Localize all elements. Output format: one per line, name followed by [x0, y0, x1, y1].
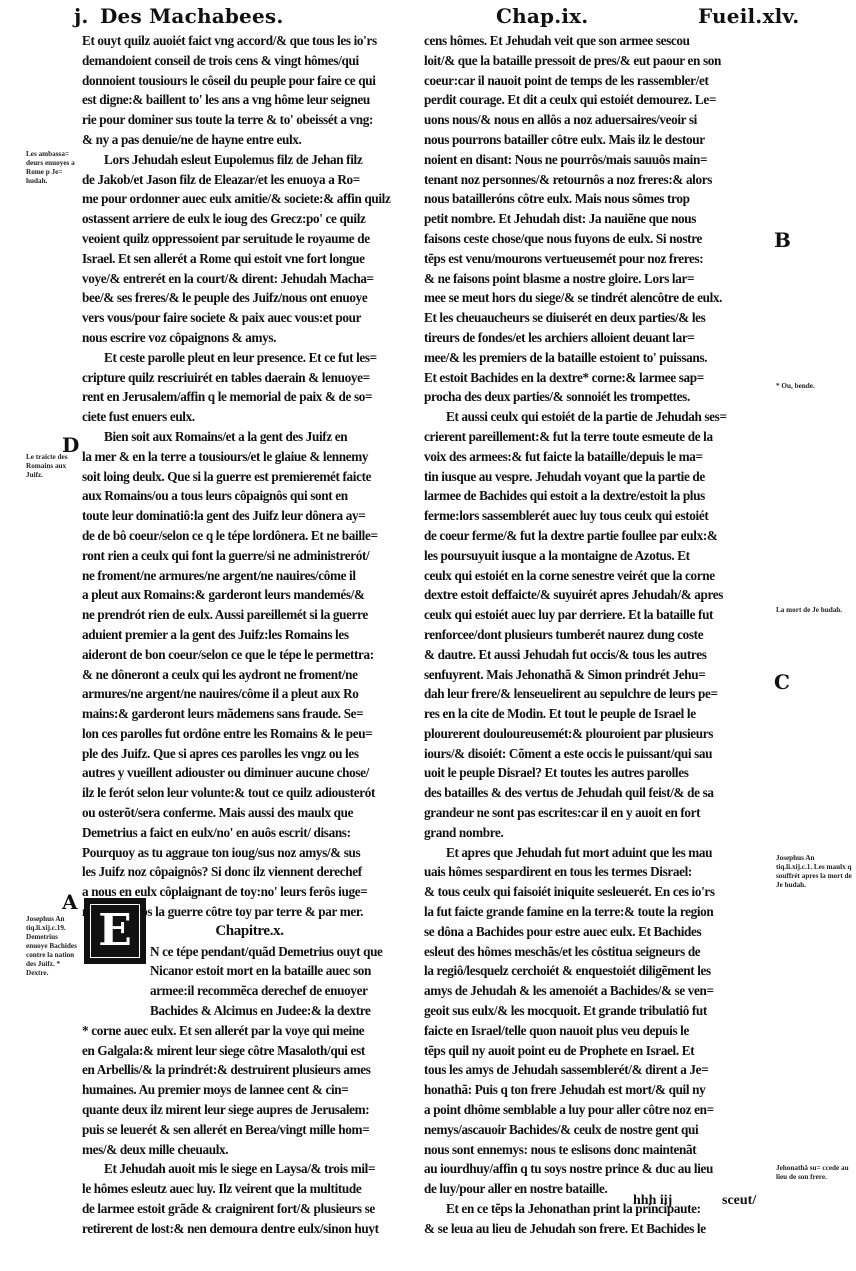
running-header: j. Des Machabees. Chap.ix. Fueil.xlv. [0, 0, 856, 30]
text-line: aduient premier a la gent des Juifz:les … [82, 625, 417, 645]
text-line: mee/& les premiers de la bataille estoie… [424, 348, 769, 368]
text-line: amys de Jehudah & les amenoiét a Bachide… [424, 981, 769, 1001]
initial-frame: E [90, 904, 140, 958]
text-line: des batailles & des vertus de Jehudah qu… [424, 783, 769, 803]
text-line: petit nombre. Et Jehudah dist: Ja nauiẽn… [424, 209, 769, 229]
text-line: perdit courage. Et dit a ceulx qui estoi… [424, 90, 769, 110]
text-line: Nicanor estoit mort en la bataille auec … [82, 961, 417, 981]
text-line: Israel. Et sen allerét a Rome qui estoit… [82, 249, 417, 269]
text-line: aideront de bon coeur/selon ce que le té… [82, 645, 417, 665]
margin-note-dextre-note: * Ou, bende. [776, 382, 852, 391]
text-line: senfuyrent. Mais Jehonathã & Simon prind… [424, 665, 769, 685]
text-line: ne froment/ne armures/ne argent/ne nauir… [82, 566, 417, 586]
text-line: & se leua au lieu de Jehudah son frere. … [424, 1219, 769, 1239]
text-line: tẽps est venu/mourons vertueusemét pour … [424, 249, 769, 269]
text-line: mes/& deux mille cheuaulx. [82, 1140, 417, 1160]
text-line: Et aussi ceulx qui estoiét de la partie … [424, 407, 769, 427]
text-line: Et les cheuaucheurs se diuiserét en deux… [424, 308, 769, 328]
text-line: Et en ce tẽps la Jehonathan print la pri… [424, 1199, 769, 1219]
text-line: & ny a pas denuie/ne de hayne entre eulx… [82, 130, 417, 150]
margin-section-letter-b: B [774, 228, 791, 252]
text-line: ferme:lors sassemblerét auec luy tous ce… [424, 506, 769, 526]
text-line: tireurs de fondes/et les archiers alloie… [424, 328, 769, 348]
text-line: Et estoit Bachides en la dextre* corne:&… [424, 368, 769, 388]
text-line: veoient quilz oppressoient par seruitude… [82, 229, 417, 249]
text-line: nemys/ascauoir Bachides/& ceulx de nostr… [424, 1120, 769, 1140]
text-line: ple des Juifz. Que si apres ces parolles… [82, 744, 417, 764]
text-line: Bachides & Alcimus en Judee:& la dextre [82, 1001, 417, 1021]
text-line: est digne:& baillent to' les ans a vng h… [82, 90, 417, 110]
text-line: ou osterõt/sera conferme. Mais aussi des… [82, 803, 417, 823]
text-line: donnoient tousiours le côseil du peuple … [82, 71, 417, 91]
text-line: nous sont ennemys: nous te eslisons donc… [424, 1140, 769, 1160]
text-line: & ne faisons point blasme a nostre gloir… [424, 269, 769, 289]
text-line: esleut des hômes meschãs/et les côstitua… [424, 942, 769, 962]
text-line: bee/& ses freres/& le peuple des Juifz/n… [82, 288, 417, 308]
text-line: uoit le peuple Disrael? Et toutes les au… [424, 763, 769, 783]
text-line: puis se leuerét & sen allerét en Berea/v… [82, 1120, 417, 1140]
text-line: de luy/pour aller en nostre bataille. [424, 1179, 769, 1199]
text-line: au iourdhuy/affin q tu soys nostre princ… [424, 1159, 769, 1179]
text-line: & tous ceulx qui faisoiét iniquite sesle… [424, 882, 769, 902]
text-line: lon ces parolles fut ordône entre les Ro… [82, 724, 417, 744]
text-line: autres y vueillent adiouster ou diminuer… [82, 763, 417, 783]
catchword: sceut/ [722, 1193, 756, 1209]
text-line: voye/& entrerét en la court/& dirent: Je… [82, 269, 417, 289]
text-line: noient en disant: Nous ne pourrôs/mais s… [424, 150, 769, 170]
margin-note-romans-aid: Le traicte des Romains aux Juifz. [26, 453, 80, 480]
text-line: nous pourrons batailler côtre eulx. Mais… [424, 130, 769, 150]
text-line: ne prendrót rien de eulx. Aussi pareille… [82, 605, 417, 625]
text-line: nous batailleróns côtre eulx. Mais nous … [424, 189, 769, 209]
decorated-initial: E [84, 898, 146, 964]
text-line: ront rien a ceulx qui font la guerre/si … [82, 546, 417, 566]
text-line: armures/ne argent/ne nauires/côme il a p… [82, 684, 417, 704]
text-line: aux Romains/ou a tous leurs côpaignôs qu… [82, 486, 417, 506]
left-text-column: Et ouyt quilz auoiét faict vng accord/& … [82, 31, 417, 1239]
text-line: faisons ceste chose/que nous fuyons de e… [424, 229, 769, 249]
text-line: renforcee/dont plusieurs tumberét naurez… [424, 625, 769, 645]
text-line: honathã: Puis q ton frere Jehudah est mo… [424, 1080, 769, 1100]
text-line: coeur:car il nauoit point de temps de le… [424, 71, 769, 91]
book-title: Des Machabees. [100, 4, 284, 28]
text-line: le hômes esleutz auec luy. Ilz veirent q… [82, 1179, 417, 1199]
text-line: a point dhôme semblable a luy pour aller… [424, 1100, 769, 1120]
text-line: tin iusque au vespre. Jehudah voyant que… [424, 467, 769, 487]
text-line: me pour ordonner auec eulx amitie/& soci… [82, 189, 417, 209]
text-line: armee:il recommẽca derechef de enuoyer [82, 981, 417, 1001]
text-line: la regiô/lesquelz cerchoiét & enquestoié… [424, 961, 769, 981]
folio-number: Fueil.xlv. [698, 4, 799, 28]
text-line: soit loing deulx. Que si la guerre est p… [82, 467, 417, 487]
text-line: de coeur ferme/& fut la dextre partie fo… [424, 526, 769, 546]
text-line: en Arbellis/& la prindrét:& destruirent … [82, 1060, 417, 1080]
text-line: humaines. Au premier moys de lannee cent… [82, 1080, 417, 1100]
margin-note-ambassadors: Les ambassa= deurs enuoyes a Rome p Je= … [26, 150, 80, 186]
signature-mark: hhh iij [633, 1193, 672, 1209]
text-line: en Galgala:& mirent leur siege côtre Mas… [82, 1041, 417, 1061]
text-line: les poursuyuit iusque a la montaigne de … [424, 546, 769, 566]
margin-note-josephus-mauls: Josephus An tiq.li.xij.c.1. Les maulx q … [776, 854, 852, 890]
text-line: les Juifz noz côpaignôs? Si donc ilz vie… [82, 862, 417, 882]
text-line: Et ceste parolle pleut en leur presence.… [82, 348, 417, 368]
text-line: grandeur ne sont pas escrites:car il en … [424, 803, 769, 823]
text-line: a pleut aux Romains:& garderont leurs ma… [82, 585, 417, 605]
text-line: se dôna a Bachides pour estre auec eulx.… [424, 922, 769, 942]
margin-note-josephus-ant: Josephus An tiq.li.xij.c.19. Demetrius e… [26, 915, 80, 978]
text-line: mee se meut hors du siege/& se tindrét a… [424, 288, 769, 308]
text-line: quante deux ilz mirent leur siege aupres… [82, 1100, 417, 1120]
book-number: j. [74, 4, 89, 28]
text-line: nous escrire voz côpaignons & amys. [82, 328, 417, 348]
margin-note-mort-jehudah: La mort de Je hudah. [776, 606, 852, 615]
text-line: plourerent douloureusemét:& plouroient p… [424, 724, 769, 744]
margin-section-letter-c: C [774, 670, 790, 694]
text-line: Demetrius a faict en eulx/no' en auôs es… [82, 823, 417, 843]
text-line: cripture quilz rescriuirét en tables dae… [82, 368, 417, 388]
text-line: tẽps quil ny auoit point eu de Prophete … [424, 1041, 769, 1061]
text-line: uons nous/& nous en allôs a noz aduersai… [424, 110, 769, 130]
text-line: & ne dôneront a ceulx qui les aydront ne… [82, 665, 417, 685]
text-line: Et ouyt quilz auoiét faict vng accord/& … [82, 31, 417, 51]
text-line: res en la cite de Modin. Et tout le peup… [424, 704, 769, 724]
margin-note-jehonathan: Jehonathã su= ccede au lieu de son frere… [776, 1164, 852, 1182]
text-line: demandoient conseil de trois cens & ving… [82, 51, 417, 71]
text-line: la fut faicte grande famine en la terre:… [424, 902, 769, 922]
text-line: dextre estoit deffaicte/& suyuirét apres… [424, 585, 769, 605]
text-line: ceulx qui estoiét en la corne senestre v… [424, 566, 769, 586]
text-line: rie pour dominer sus toute la terre & to… [82, 110, 417, 130]
text-line: retirerent de lost:& nen demoura dentre … [82, 1219, 417, 1239]
text-line: * corne auec eulx. Et sen allerét par la… [82, 1021, 417, 1041]
text-line: ceulx qui estoiét auec luy par derriere.… [424, 605, 769, 625]
text-line: & dautre. Et aussi Jehudah fut occis/& t… [424, 645, 769, 665]
text-line: de de bô coeur/selon ce q le tépe lordôn… [82, 526, 417, 546]
text-line: dah leur frere/& lenseuelirent au sepulc… [424, 684, 769, 704]
text-line: la mer & en la terre a tousiours/et le g… [82, 447, 417, 467]
initial-letter: E [98, 909, 132, 953]
text-line: mains:& garderont leurs mãdemens sans fr… [82, 704, 417, 724]
text-line: iours/& disoiét: Cõment a este occis le … [424, 744, 769, 764]
right-text-column: cens hômes. Et Jehudah veit que son arme… [424, 31, 769, 1239]
text-line: loit/& que la bataille pressoit de pres/… [424, 51, 769, 71]
text-line: uais hômes sespardirent en tous les term… [424, 862, 769, 882]
text-line: grand nombre. [424, 823, 769, 843]
chapter-label: Chap.ix. [496, 4, 588, 28]
text-line: procha des deux parties/& sonnoiét les t… [424, 387, 769, 407]
text-line: larmee de Bachides qui estoit a la dextr… [424, 486, 769, 506]
text-line: vers vous/pour faire societe & paix auec… [82, 308, 417, 328]
margin-section-letter-a: A [62, 890, 78, 914]
text-line: Et Jehudah auoit mis le siege en Laysa/&… [82, 1159, 417, 1179]
text-line: ciete fust enuers eulx. [82, 407, 417, 427]
text-line: ostassent arriere de eulx le ioug des Gr… [82, 209, 417, 229]
text-line: ilz le ferót selon leur volunte:& tout c… [82, 783, 417, 803]
text-line: Pourquoy as tu aggraue ton ioug/sus noz … [82, 843, 417, 863]
text-line: tous les amys de Jehudah sassemblerét/& … [424, 1060, 769, 1080]
text-line: rent en Jerusalem/affin q le memorial de… [82, 387, 417, 407]
text-line: tenant noz personnes/& retournôs a noz f… [424, 170, 769, 190]
text-line: geoit sus eulx/& les mocquoit. Et grande… [424, 1001, 769, 1021]
text-line: Bien soit aux Romains/et a la gent des J… [82, 427, 417, 447]
text-line: cens hômes. Et Jehudah veit que son arme… [424, 31, 769, 51]
text-line: toute leur dominatiô:la gent des Juifz l… [82, 506, 417, 526]
text-line: de Jakob/et Jason filz de Eleazar/et les… [82, 170, 417, 190]
text-line: voix des armees:& fut faicte la bataille… [424, 447, 769, 467]
text-line: Lors Jehudah esleut Eupolemus filz de Je… [82, 150, 417, 170]
text-line: de larmee estoit grãde & craignirent for… [82, 1199, 417, 1219]
text-line: faicte en Israel/telle quon nauoit plus … [424, 1021, 769, 1041]
text-line: Et apres que Jehudah fut mort aduint que… [424, 843, 769, 863]
text-line: crierent pareillement:& fut la terre tou… [424, 427, 769, 447]
